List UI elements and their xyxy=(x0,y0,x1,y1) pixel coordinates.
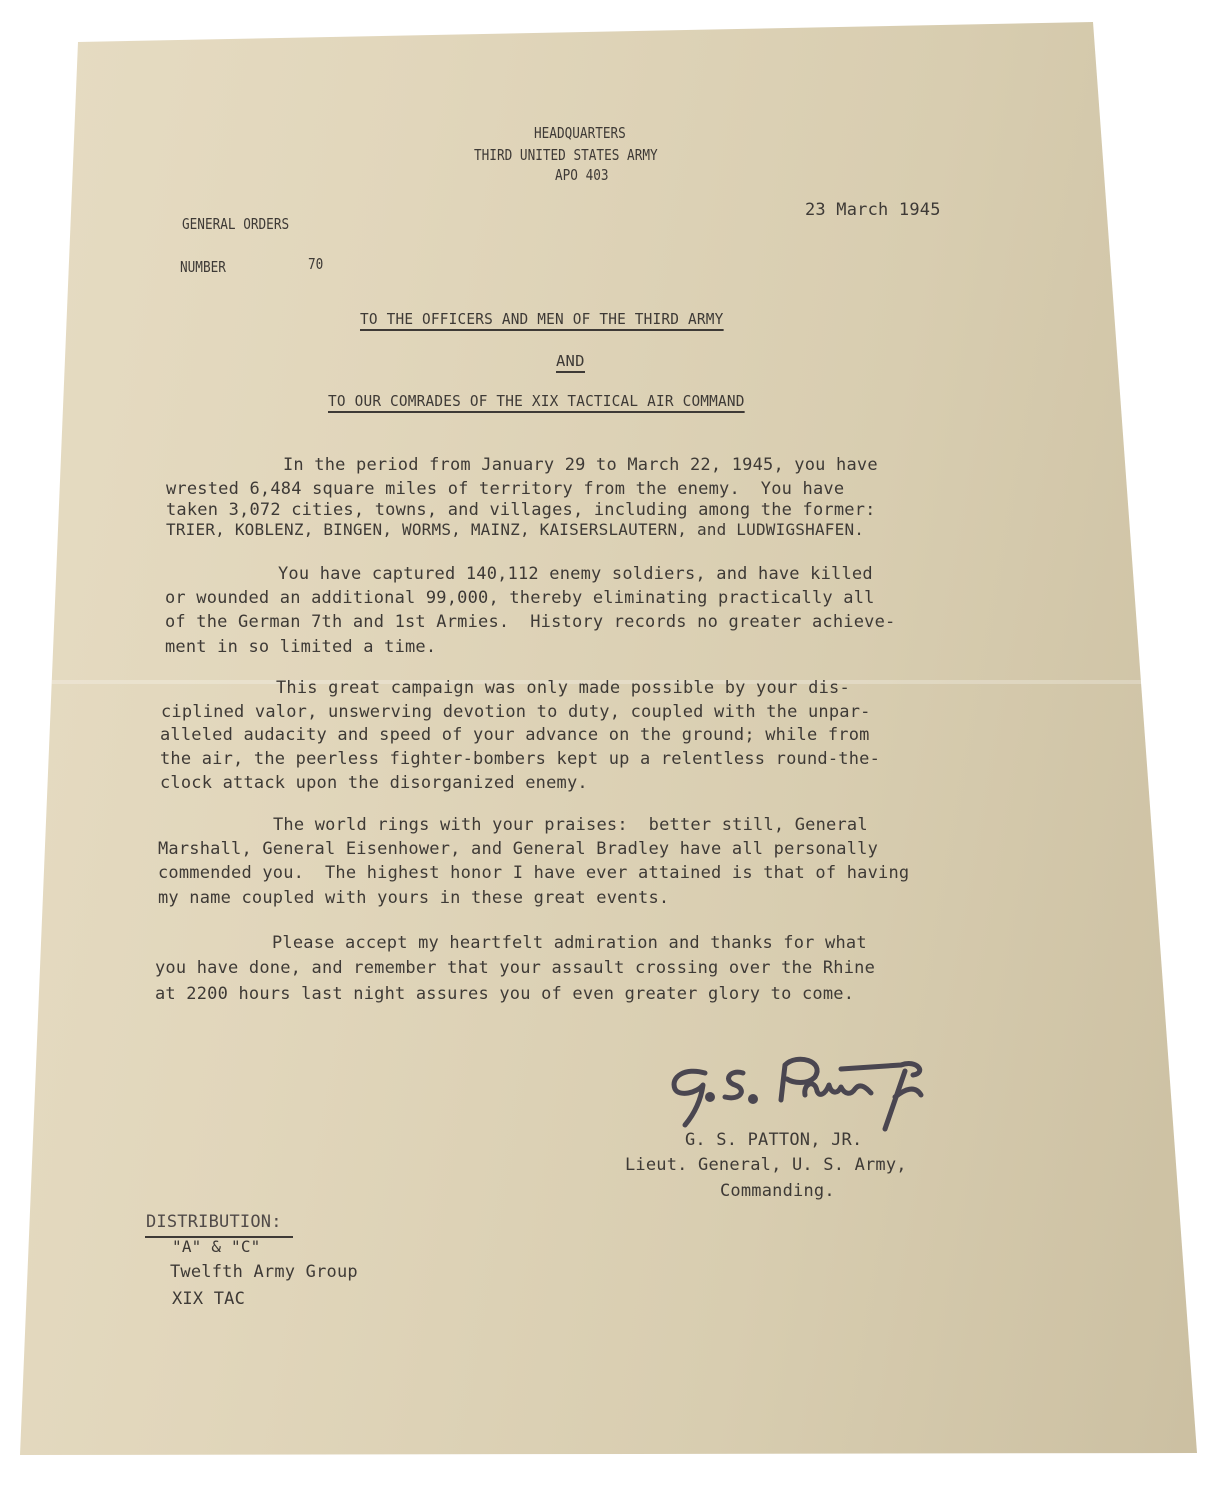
paragraph-line: In the period from January 29 to March 2… xyxy=(283,455,878,475)
distribution-item: "A" & "C" xyxy=(172,1237,261,1256)
distribution-heading: DISTRIBUTION: xyxy=(146,1212,282,1232)
paragraph-line: Please accept my heartfelt admiration an… xyxy=(272,933,867,953)
order-date: 23 March 1945 xyxy=(805,200,941,220)
paragraph-line: ciplined valor, unswerving devotion to d… xyxy=(161,702,871,722)
paragraph-line: ment in so limited a time. xyxy=(165,637,436,657)
paragraph-line: alleled audacity and speed of your advan… xyxy=(160,725,870,745)
number-label: NUMBER xyxy=(180,258,226,276)
paragraph-line: clock attack upon the disorganized enemy… xyxy=(160,773,588,793)
paragraph-line: TRIER, KOBLENZ, BINGEN, WORMS, MAINZ, KA… xyxy=(166,520,864,539)
signatory-role: Commanding. xyxy=(720,1181,835,1201)
paragraph-line: taken 3,072 cities, towns, and villages,… xyxy=(166,500,876,520)
addressee-xix-tac: TO OUR COMRADES OF THE XIX TACTICAL AIR … xyxy=(328,392,745,413)
paragraph-line: or wounded an additional 99,000, thereby… xyxy=(165,588,875,608)
signatory-name: G. S. PATTON, JR. xyxy=(685,1130,862,1150)
paragraph-line: you have done, and remember that your as… xyxy=(155,958,875,978)
paragraph-line: at 2200 hours last night assures you of … xyxy=(155,984,854,1004)
order-number: 70 xyxy=(308,255,323,273)
paragraph-line: This great campaign was only made possib… xyxy=(276,678,850,698)
letterhead-apo: APO 403 xyxy=(555,166,609,184)
signatory-rank: Lieut. General, U. S. Army, xyxy=(625,1155,907,1175)
distribution-item: XIX TAC xyxy=(172,1289,245,1309)
distribution-item: Twelfth Army Group xyxy=(170,1262,358,1282)
paragraph-line: commended you. The highest honor I have … xyxy=(158,863,909,883)
general-orders-label: GENERAL ORDERS xyxy=(182,215,289,233)
paragraph-line: wrested 6,484 square miles of territory … xyxy=(166,479,844,499)
paragraph-line: The world rings with your praises: bette… xyxy=(273,815,868,835)
handwritten-signature xyxy=(665,1055,975,1135)
paragraph-line: You have captured 140,112 enemy soldiers… xyxy=(278,564,873,584)
paragraph-line: my name coupled with yours in these grea… xyxy=(158,888,669,908)
addressee-and: AND xyxy=(556,352,585,373)
paragraph-line: of the German 7th and 1st Armies. Histor… xyxy=(165,612,895,632)
document-paper: HEADQUARTERS THIRD UNITED STATES ARMY AP… xyxy=(0,0,1220,1500)
paragraph-line: the air, the peerless fighter-bombers ke… xyxy=(160,749,880,769)
addressee-third-army: TO THE OFFICERS AND MEN OF THE THIRD ARM… xyxy=(360,310,723,331)
paragraph-line: Marshall, General Eisenhower, and Genera… xyxy=(158,839,878,859)
letterhead-headquarters: HEADQUARTERS xyxy=(534,124,626,142)
letterhead-unit: THIRD UNITED STATES ARMY xyxy=(474,146,658,164)
